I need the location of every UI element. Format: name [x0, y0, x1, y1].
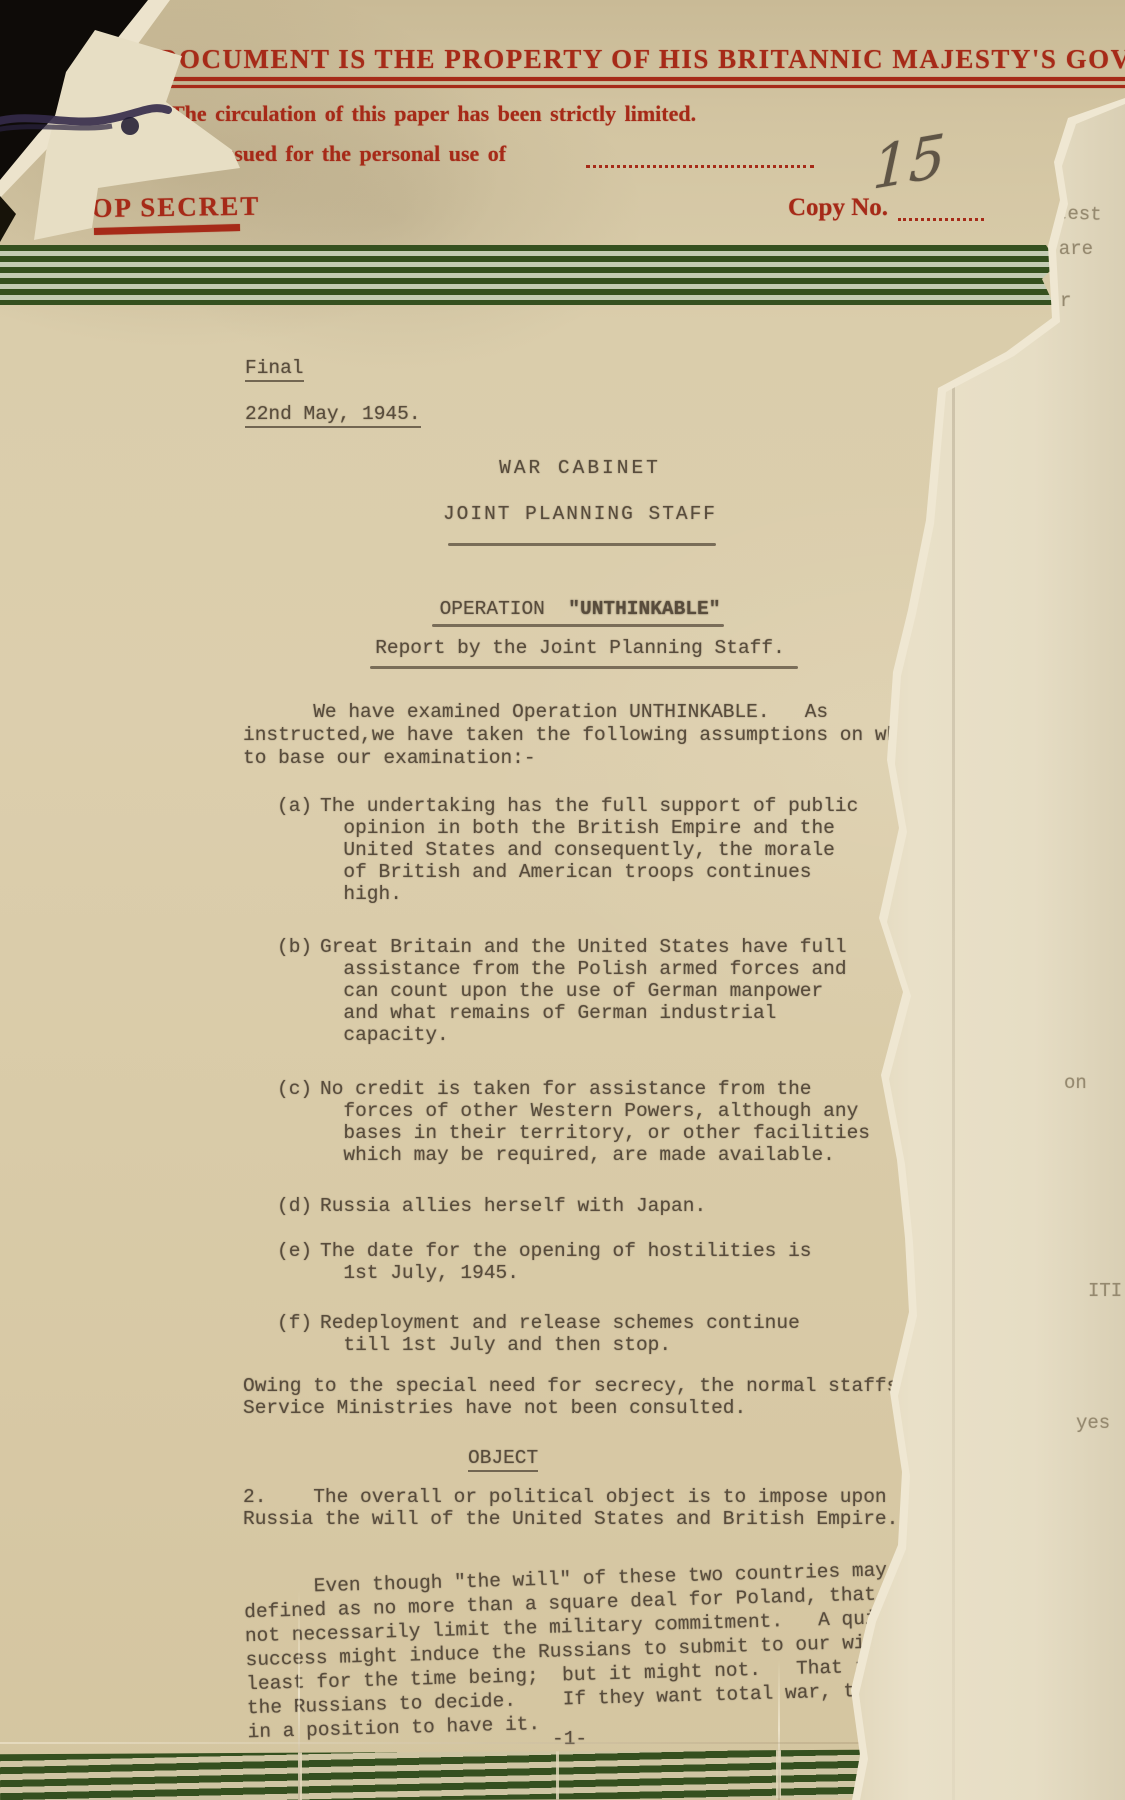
- assumption-text: No credit is taken for assistance from t…: [320, 1078, 870, 1166]
- organisation-heading: WAR CABINET: [240, 457, 920, 479]
- subtitle: Report by the Joint Planning Staff.: [240, 637, 920, 659]
- operation-title-prefix: OPERATION: [440, 598, 569, 620]
- banner-underline-1: [158, 77, 1125, 81]
- security-stripe-band-bottom: [0, 1750, 862, 1800]
- assumption-label: (b): [277, 936, 312, 958]
- scanned-document-photo: test s are r on ITI yes DOCUMENT IS THE …: [0, 0, 1125, 1800]
- object-heading-text: OBJECT: [468, 1447, 538, 1472]
- copy-no-dotted-line: [898, 196, 984, 221]
- assumption-text: The date for the opening of hostilities …: [320, 1240, 811, 1284]
- paper-crease: [778, 1660, 780, 1800]
- secrecy-note: Owing to the special need for secrecy, t…: [243, 1375, 898, 1419]
- security-stripe-band-top: [0, 245, 1058, 305]
- assumption-text: Redeployment and release schemes continu…: [320, 1312, 800, 1356]
- date-label: 22nd May, 1945.: [245, 403, 421, 425]
- assumption-label: (c): [277, 1078, 312, 1100]
- classification-stamp: TOP SECRET: [72, 191, 261, 225]
- under-page-crease: [952, 300, 955, 1800]
- status-text: Final: [245, 357, 304, 382]
- page-number: -1-: [552, 1728, 587, 1750]
- department-rule: [448, 543, 716, 546]
- paper-crease: [298, 1590, 300, 1800]
- department-heading: JOINT PLANNING STAFF: [240, 503, 920, 525]
- subtitle-rule: [370, 666, 798, 669]
- property-banner: DOCUMENT IS THE PROPERTY OF HIS BRITANNI…: [158, 44, 1125, 75]
- under-page-fragment: on: [1064, 1072, 1087, 1094]
- assumption-label: (f): [277, 1312, 312, 1334]
- classification-underline: [94, 224, 240, 235]
- banner-underline-2: [158, 85, 1125, 88]
- status-label: Final: [245, 357, 304, 379]
- handwritten-copy-number: 15: [871, 121, 946, 203]
- assumption-text: Russia allies herself with Japan.: [320, 1195, 706, 1217]
- paragraph-intro: We have examined Operation UNTHINKABLE. …: [243, 701, 933, 770]
- object-heading: OBJECT: [468, 1447, 538, 1469]
- under-page-fragment: ITI: [1088, 1280, 1122, 1302]
- paragraph-object: 2. The overall or political object is to…: [243, 1486, 898, 1530]
- under-page-fragment: yes: [1076, 1412, 1110, 1434]
- paper-crease: [0, 1742, 860, 1744]
- circulation-notice: The circulation of this paper has been s…: [170, 101, 696, 127]
- assumption-text: Great Britain and the United States have…: [320, 936, 847, 1046]
- assumption-label: (d): [277, 1195, 312, 1217]
- under-page-fragment: r: [1060, 290, 1071, 312]
- title-rule: [432, 624, 724, 627]
- treasury-tag-string: [0, 86, 220, 176]
- operation-title-name: "UNTHINKABLE": [568, 598, 720, 620]
- paragraph-will: Even though "the will" of these two coun…: [243, 1557, 938, 1744]
- assumption-text: The undertaking has the full support of …: [320, 795, 858, 905]
- date-text: 22nd May, 1945.: [245, 403, 421, 428]
- personal-use-dotted-line: [586, 143, 814, 168]
- assumption-label: (a): [277, 795, 312, 817]
- operation-title: OPERATION "UNTHINKABLE": [240, 598, 920, 620]
- assumption-label: (e): [277, 1240, 312, 1262]
